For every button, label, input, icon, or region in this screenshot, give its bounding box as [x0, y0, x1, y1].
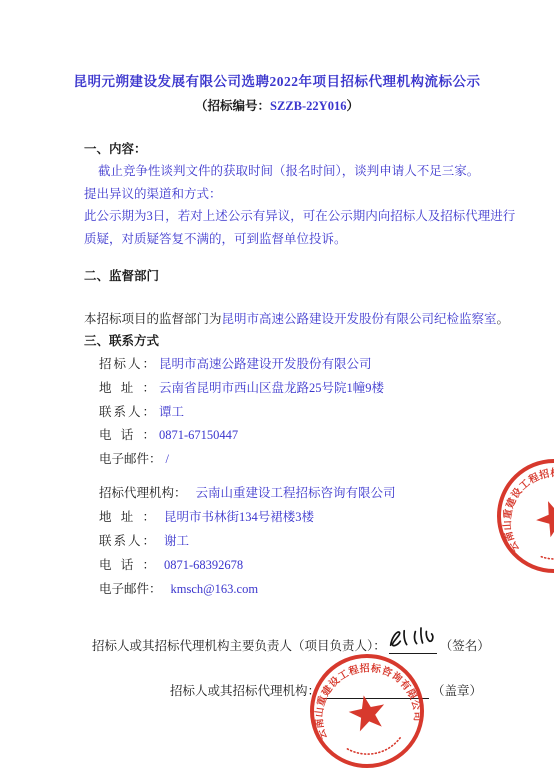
content-paragraph-2: 提出异议的渠道和方式： [84, 186, 222, 202]
agency-address-value: 昆明市书林街134号裙楼3楼 [164, 510, 314, 524]
tender-number-line: （招标编号：SZZB-22Y016） [0, 96, 554, 114]
company-seal-stamp-right-edge: 云南山重建设工程招标咨询有限公司 [476, 438, 554, 594]
agency-address-label: 地址： [99, 509, 155, 525]
tenderer-phone-value: 0871-67150447 [159, 428, 238, 442]
tenderer-email-value: / [166, 452, 169, 466]
agency-email-value: kmsch@163.com [171, 582, 259, 596]
agency-email-label: 电子邮件： [99, 581, 162, 597]
seal-ring-text: 云南山重建设工程招标咨询有限公司 [483, 449, 554, 558]
agency-name-value: 云南山重建设工程招标咨询有限公司 [196, 486, 396, 500]
supervision-prefix: 本招标项目的监督部门为 [84, 312, 222, 326]
signature-line-label: 招标人或其招标代理机构主要负责人（项目负责人）： [92, 639, 386, 653]
agency-address-row: 地址：昆明市书林街134号裙楼3楼 [99, 509, 314, 525]
agency-phone-row: 电话：0871-68392678 [99, 557, 243, 573]
seal-line: 招标人或其招标代理机构：（盖章） [170, 683, 482, 699]
seal-registration-digits [347, 738, 402, 759]
seal-ring [302, 646, 432, 776]
supervision-line: 本招标项目的监督部门为昆明市高速公路建设开发股份有限公司纪检监察室。 [84, 311, 509, 327]
agency-contact-person-value: 谢工 [164, 534, 189, 548]
content-paragraph-3: 此公示期为3日，若对上述公示有异议，可在公示期内向招标人及招标代理进行 [84, 208, 515, 224]
tender-number-suffix: ） [346, 99, 359, 113]
agency-email-row: 电子邮件：kmsch@163.com [99, 581, 258, 597]
agency-contact-person-label: 联系人： [99, 533, 155, 549]
agency-phone-label: 电话： [99, 557, 155, 573]
seal-line-suffix: （盖章） [432, 684, 482, 698]
seal-ring [482, 444, 554, 587]
section3-heading: 三、联系方式 [84, 333, 159, 349]
tenderer-name-row: 招标人：昆明市高速公路建设开发股份有限公司 [99, 356, 372, 372]
tenderer-email-label: 电子邮件： [99, 451, 162, 467]
supervision-suffix: 。 [497, 312, 510, 326]
tenderer-contact-person-label: 联系人： [99, 404, 155, 420]
tenderer-phone-label: 电话： [99, 427, 155, 443]
tender-number: SZZB-22Y016 [270, 99, 346, 113]
seal-line-label: 招标人或其招标代理机构： [170, 684, 320, 698]
tenderer-address-value: 云南省昆明市西山区盘龙路25号院1幢9楼 [159, 381, 384, 395]
section1-heading: 一、内容： [84, 141, 147, 157]
signature-line-suffix: （签名） [440, 639, 490, 653]
tenderer-name-value: 昆明市高速公路建设开发股份有限公司 [159, 357, 372, 371]
content-paragraph-1: 截止竞争性谈判文件的获取时间（报名时间），谈判申请人不足三家。 [98, 163, 479, 179]
tender-number-prefix: （招标编号： [195, 99, 270, 113]
document-page: 昆明元朔建设发展有限公司选聘2022年项目招标代理机构流标公示 （招标编号：SZ… [0, 0, 554, 783]
content-paragraph-4: 质疑，对质疑答复不满的，可到监督单位投诉。 [84, 231, 347, 247]
signature-underline [389, 640, 437, 654]
tenderer-email-row: 电子邮件：/ [99, 451, 169, 467]
document-title: 昆明元朔建设发展有限公司选聘2022年项目招标代理机构流标公示 [0, 70, 554, 90]
tenderer-contact-person-row: 联系人：谭工 [99, 404, 184, 420]
tenderer-phone-row: 电话：0871-67150447 [99, 427, 238, 443]
svg-text:云南山重建设工程招标咨询有限公司: 云南山重建设工程招标咨询有限公司 [483, 449, 554, 558]
tenderer-address-row: 地址：云南省昆明市西山区盘龙路25号院1幢9楼 [99, 380, 384, 396]
signature-handwriting [383, 623, 441, 653]
section2-heading: 二、监督部门 [84, 268, 159, 284]
agency-name-row: 招标代理机构：云南山重建设工程招标咨询有限公司 [99, 485, 396, 501]
supervision-department: 昆明市高速公路建设开发股份有限公司纪检监察室 [222, 312, 497, 326]
signature-line: 招标人或其招标代理机构主要负责人（项目负责人）： （签名） [92, 638, 490, 654]
company-seal-stamp: 云南山重建设工程招标咨询有限公司 [296, 640, 438, 782]
seal-registration-digits [541, 536, 554, 566]
seal-underline [323, 685, 429, 699]
tenderer-name-label: 招标人： [99, 356, 155, 372]
agency-contact-person-row: 联系人：谢工 [99, 533, 189, 549]
tenderer-contact-person-value: 谭工 [159, 405, 184, 419]
tenderer-address-label: 地址： [99, 380, 155, 396]
agency-phone-value: 0871-68392678 [164, 558, 243, 572]
star-icon [531, 494, 554, 539]
agency-name-label: 招标代理机构： [99, 485, 187, 501]
